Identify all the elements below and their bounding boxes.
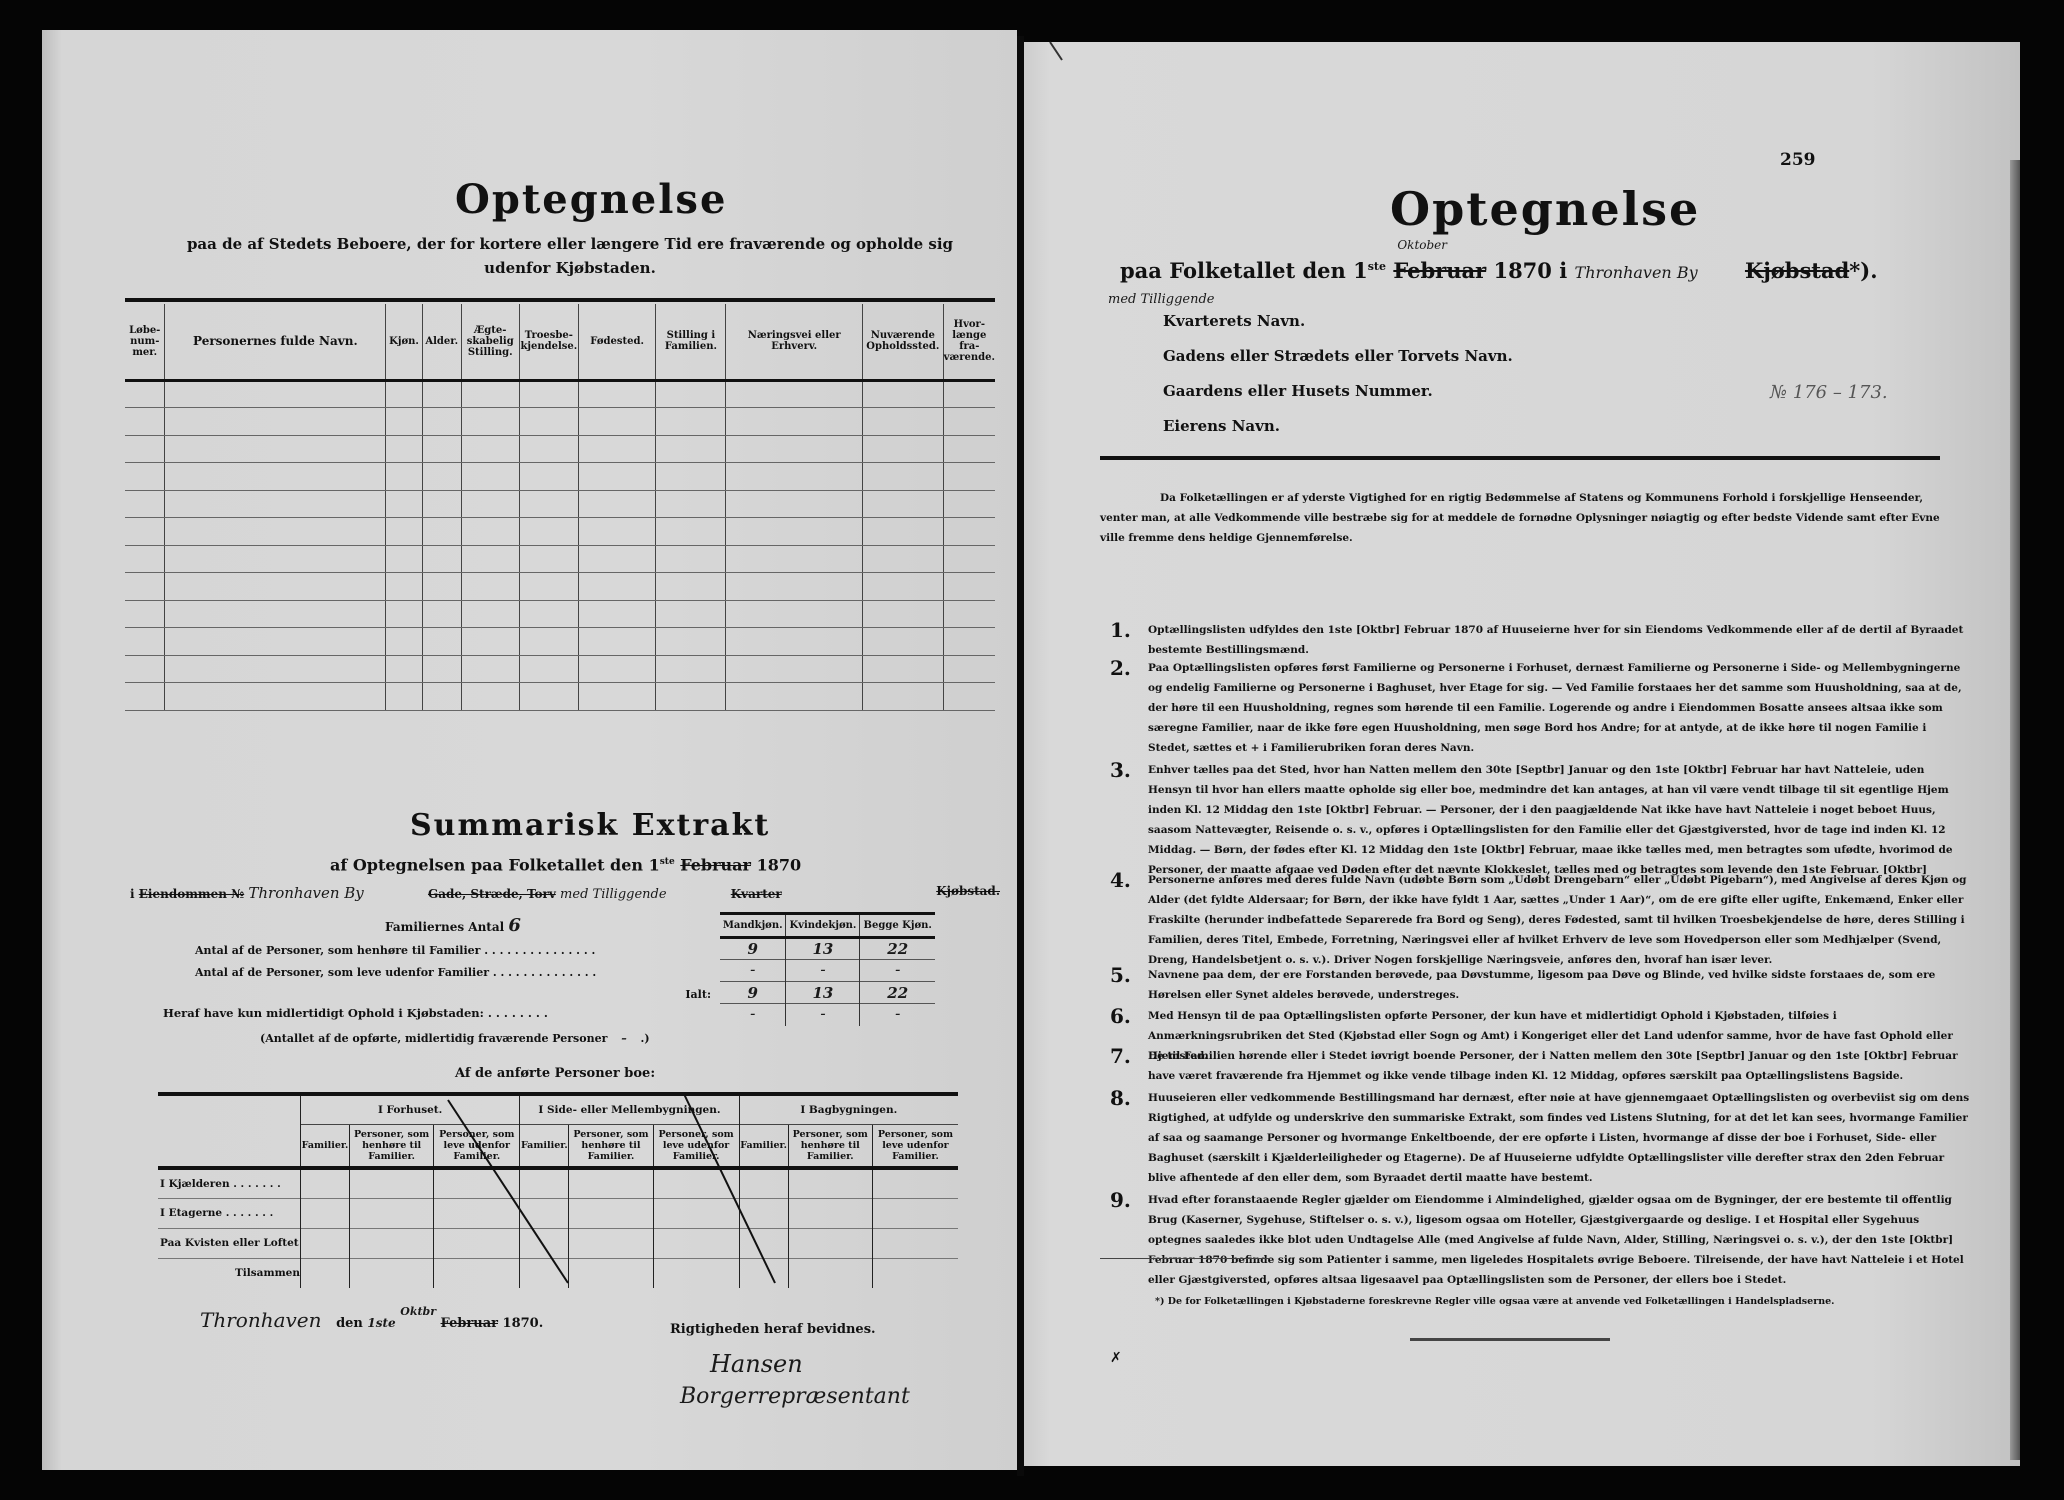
instruction-item: 1.Optællingslisten udfyldes den 1ste [Ok… (1110, 620, 1970, 660)
intro-paragraph: Da Folketællingen er af yderste Vigtighe… (1100, 488, 1940, 548)
sub-hand-month: Oktober (1397, 238, 1447, 252)
sub-struck-month: Februar (1393, 258, 1486, 283)
end-rule (1410, 1338, 1610, 1341)
instruction-number: 3. (1110, 760, 1131, 780)
certify-text: Rigtigheden heraf bevidnes. (670, 1322, 876, 1337)
hand-with: med Tilliggende (1108, 292, 1215, 307)
field-gade: Gadens eller Strædets eller Torvets Navn… (1163, 347, 1513, 365)
instruction-number: 5. (1110, 965, 1131, 985)
instruction-item: 8.Huuseieren eller vedkommende Bestillin… (1110, 1088, 1970, 1188)
sub-prefix: paa Folketallet den 1 (1120, 258, 1368, 283)
signature-date-line: Thronhaven den 1ste Oktbr Februar 1870. (200, 1308, 543, 1332)
instruction-item: 5.Navnene paa dem, der ere Forstanden be… (1110, 965, 1970, 1005)
instruction-number: 8. (1110, 1088, 1131, 1108)
pencil-mark-icon: ✗ (1110, 1350, 1122, 1366)
right-page-title: Optegnelse (1390, 182, 1700, 236)
instruction-item: 2.Paa Optællingslisten opføres først Fam… (1110, 658, 1970, 758)
instruction-text: Hvad efter foranstaaende Regler gjælder … (1148, 1190, 1970, 1290)
field-nummer-value: № 176 – 173. (1770, 382, 1888, 403)
sign-year: 1870. (503, 1316, 544, 1331)
right-page-subtitle: paa Folketallet den 1ste Oktober Februar… (1120, 258, 1878, 283)
instruction-number: 9. (1110, 1190, 1131, 1210)
instruction-number: 6. (1110, 1006, 1131, 1026)
instruction-text: Paa Optællingslisten opføres først Famil… (1148, 658, 1970, 758)
sign-month-hand: Oktbr (400, 1305, 436, 1318)
instruction-text: Optællingslisten udfyldes den 1ste [Oktb… (1148, 620, 1970, 660)
sub-hand-place: Thronhaven By (1575, 263, 1698, 282)
page-number: 259 (1780, 150, 1816, 170)
instruction-item: 3.Enhver tælles paa det Sted, hvor han N… (1110, 760, 1970, 880)
sign-place: Thronhaven (200, 1308, 322, 1332)
sub-suffix: *). (1849, 258, 1877, 283)
instruction-item: 7.De til Familien hørende eller i Stedet… (1110, 1046, 1970, 1086)
field-kvarter: Kvarterets Navn. (1163, 312, 1305, 330)
signature-title: Borgerrepræsentant (680, 1384, 910, 1409)
instruction-number: 1. (1110, 620, 1131, 640)
instruction-number: 2. (1110, 658, 1131, 678)
sign-den: den (336, 1316, 363, 1331)
instruction-text: Huuseieren eller vedkommende Bestillings… (1148, 1088, 1970, 1188)
field-eier: Eierens Navn. (1163, 417, 1280, 435)
instruction-number: 7. (1110, 1046, 1131, 1066)
month-wrap: Oktober Februar (1393, 258, 1493, 283)
footnote-rule (1100, 1258, 1270, 1259)
instruction-number: 4. (1110, 870, 1131, 890)
instruction-text: Navnene paa dem, der ere Forstanden berø… (1148, 965, 1970, 1005)
instruction-item: 9.Hvad efter foranstaaende Regler gjælde… (1110, 1190, 1970, 1290)
instruction-text: De til Familien hørende eller i Stedet i… (1148, 1046, 1970, 1086)
instruction-text: Personerne anføres med deres fulde Navn … (1148, 870, 1970, 970)
sign-day: 1ste (367, 1316, 395, 1330)
divider (1100, 456, 1940, 460)
signature-name: Hansen (710, 1350, 803, 1378)
instruction-text: Enhver tælles paa det Sted, hvor han Nat… (1148, 760, 1970, 880)
footnote: *) De for Folketællingen i Kjøbstaderne … (1155, 1296, 1834, 1307)
sign-month-struck: Februar (441, 1316, 498, 1331)
sub-struck-kjobstad: Kjøbstad (1745, 258, 1849, 283)
field-nummer: Gaardens eller Husets Nummer. (1163, 382, 1433, 400)
sub-year: 1870 i (1493, 258, 1567, 283)
sub-sup: ste (1368, 260, 1386, 273)
instruction-item: 4.Personerne anføres med deres fulde Nav… (1110, 870, 1970, 970)
